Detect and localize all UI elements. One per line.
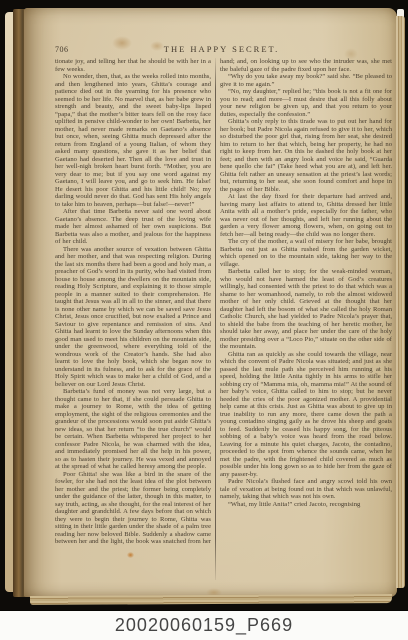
paragraph: The cry of the mother, a wail of misery …: [220, 238, 392, 268]
paragraph: Barbetta’s fund of money was not very la…: [55, 388, 211, 471]
paragraph: Ghitta’s only reply to this tirade was t…: [220, 118, 392, 193]
running-title: THE HAPPY SECRET.: [55, 44, 388, 54]
paragraph: “No, my daughter,” replied he; “this boo…: [220, 88, 392, 118]
page-edges-right: [396, 16, 405, 588]
text-column-right: hand; and, on looking up to see who the …: [220, 58, 392, 587]
paragraph: Barbetta called her to stop; for the wea…: [220, 268, 392, 351]
paragraph: After that time Barbetta never said one …: [55, 208, 211, 246]
archival-label: 20020060159_P669: [0, 611, 408, 640]
text-block: tionate joy, and telling her that he sho…: [55, 58, 392, 587]
paragraph: “What, my little Anita!” cried Jacoto, r…: [220, 501, 392, 509]
paragraph: hand; and, on looking up to see who the …: [220, 58, 392, 73]
page-leaf: 706 THE HAPPY SECRET. tionate joy, and t…: [24, 8, 397, 597]
text-column-left: tionate joy, and telling her that he sho…: [55, 58, 211, 587]
archival-label-text: 20020060159_P669: [115, 615, 293, 636]
paragraph: “Why do you take away my book?” said she…: [220, 73, 392, 88]
page-header: 706 THE HAPPY SECRET.: [55, 44, 388, 56]
page-edges-bottom: [30, 594, 392, 605]
paragraph: Ghitta ran as quickly as she could towar…: [220, 351, 392, 479]
page-number: 706: [55, 45, 69, 54]
paragraph: No wonder, then, that, as the weeks roll…: [55, 73, 211, 208]
paragraph: There was another source of vexation bet…: [55, 246, 211, 389]
column-divider-rule: [215, 58, 216, 580]
paragraph: tionate joy, and telling her that he sho…: [55, 58, 211, 73]
paragraph: At last the day fixed for their departur…: [220, 193, 392, 238]
book-photograph: 706 THE HAPPY SECRET. tionate joy, and t…: [0, 0, 408, 640]
paragraph: Poor Ghitta! she was like a bird in the …: [55, 471, 211, 546]
paragraph: Padre Nicola’s flushed face and angry sc…: [220, 478, 392, 501]
